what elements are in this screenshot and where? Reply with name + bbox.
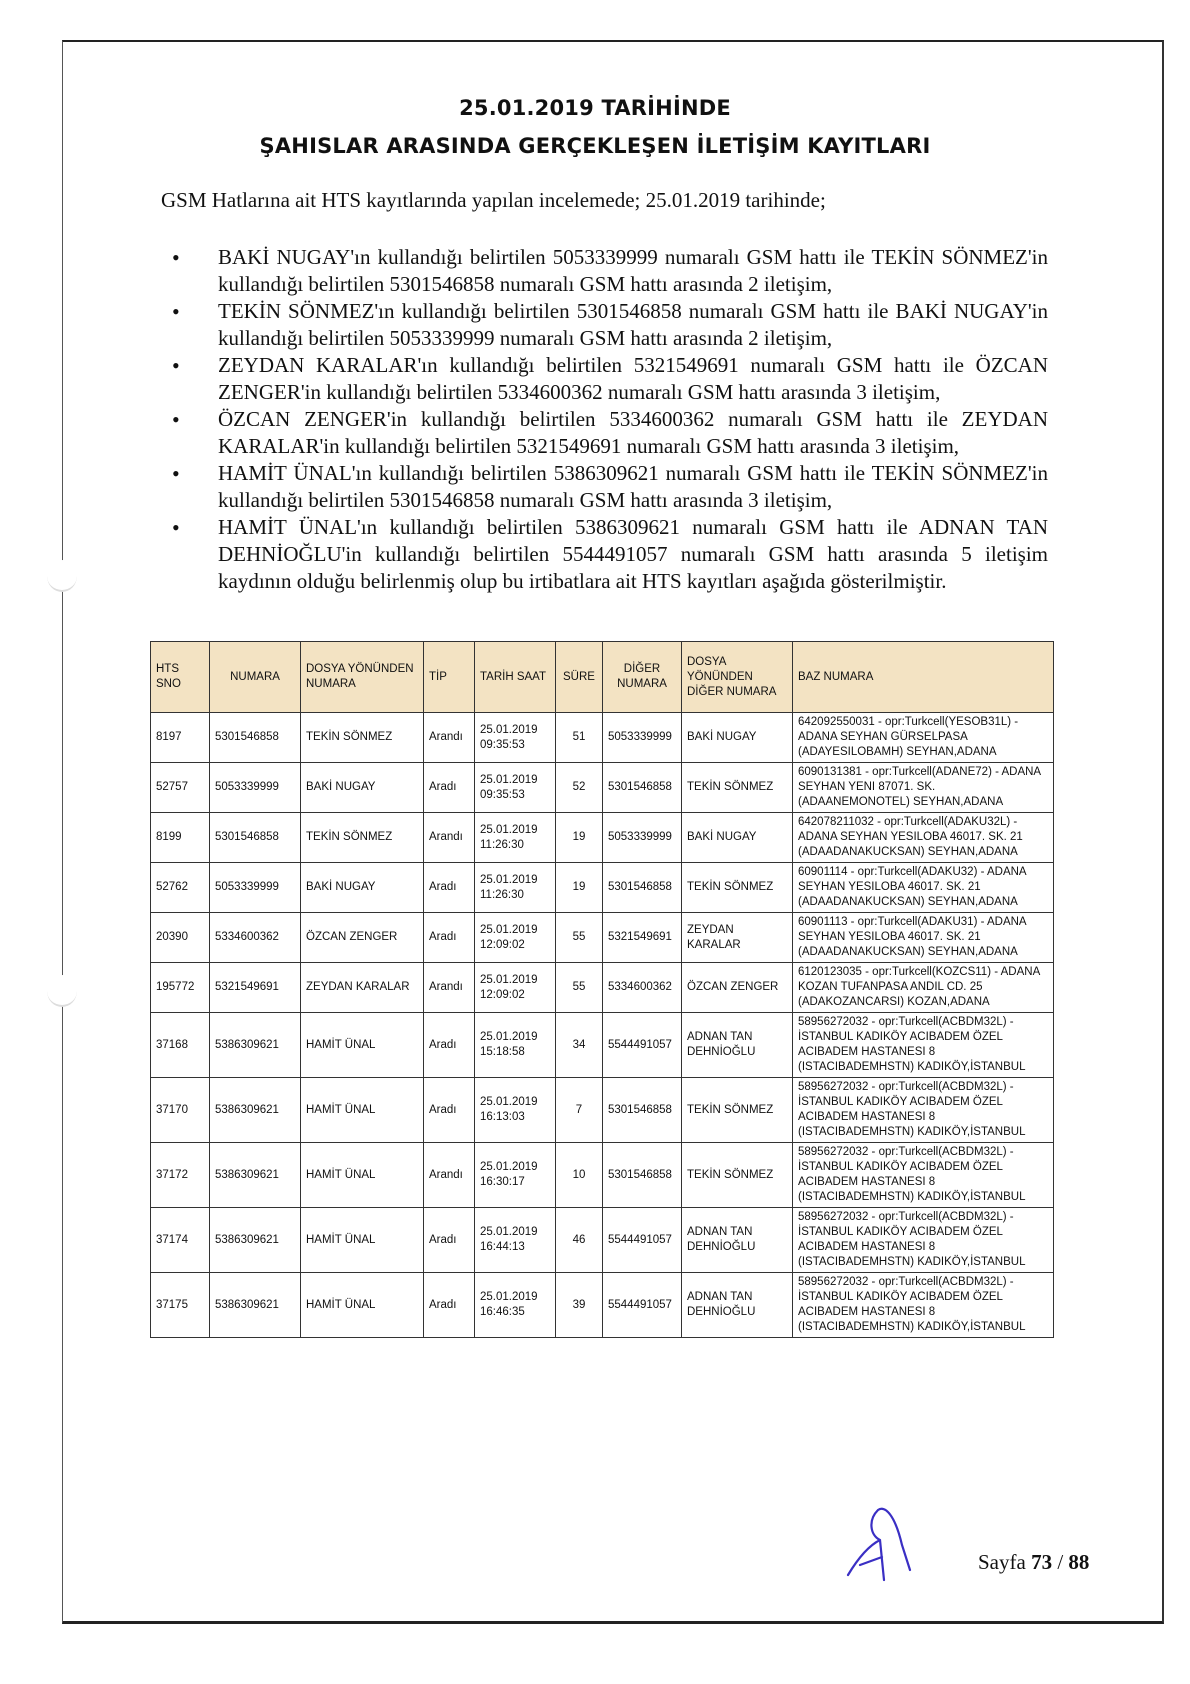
page-subtitle: ŞAHISLAR ARASINDA GERÇEKLEŞEN İLETİŞİM K…	[0, 134, 1190, 158]
cell-baz-numara: 60901113 - opr:Turkcell(ADAKU31) - ADANA…	[793, 913, 1054, 963]
cell-dosya-yonunden-diger-numara: TEKİN SÖNMEZ	[682, 763, 793, 813]
cell-sure: 39	[556, 1273, 603, 1338]
column-header-diger-numara: DİĞER NUMARA	[603, 642, 682, 713]
table-row: 81975301546858TEKİN SÖNMEZArandı25.01.20…	[151, 713, 1054, 763]
cell-diger-numara: 5301546858	[603, 1143, 682, 1208]
cell-numara: 5386309621	[210, 1208, 301, 1273]
cell-dosya-yonunden-numara: BAKİ NUGAY	[301, 763, 424, 813]
cell-hts-sno: 8199	[151, 813, 210, 863]
cell-tarih-saat: 25.01.2019 12:09:02	[475, 913, 556, 963]
cell-dosya-yonunden-diger-numara: ÖZCAN ZENGER	[682, 963, 793, 1013]
summary-item: ÖZCAN ZENGER'in kullandığı belirtilen 53…	[172, 406, 1048, 460]
cell-sure: 55	[556, 963, 603, 1013]
cell-hts-sno: 8197	[151, 713, 210, 763]
cell-tip: Aradı	[424, 863, 475, 913]
cell-dosya-yonunden-numara: HAMİT ÜNAL	[301, 1143, 424, 1208]
cell-hts-sno: 37168	[151, 1013, 210, 1078]
cell-sure: 34	[556, 1013, 603, 1078]
cell-hts-sno: 20390	[151, 913, 210, 963]
cell-numara: 5053339999	[210, 763, 301, 813]
cell-diger-numara: 5301546858	[603, 863, 682, 913]
cell-dosya-yonunden-diger-numara: TEKİN SÖNMEZ	[682, 1143, 793, 1208]
cell-dosya-yonunden-numara: ÖZCAN ZENGER	[301, 913, 424, 963]
cell-baz-numara: 58956272032 - opr:Turkcell(ACBDM32L) - İ…	[793, 1013, 1054, 1078]
table-header-row: HTS SNONUMARADOSYA YÖNÜNDEN NUMARATİPTAR…	[151, 642, 1054, 713]
cell-numara: 5386309621	[210, 1013, 301, 1078]
summary-list: BAKİ NUGAY'ın kullandığı belirtilen 5053…	[172, 244, 1048, 595]
cell-numara: 5301546858	[210, 713, 301, 763]
cell-numara: 5053339999	[210, 863, 301, 913]
cell-hts-sno: 52757	[151, 763, 210, 813]
cell-tarih-saat: 25.01.2019 16:46:35	[475, 1273, 556, 1338]
cell-baz-numara: 58956272032 - opr:Turkcell(ACBDM32L) - İ…	[793, 1143, 1054, 1208]
page-title: 25.01.2019 TARİHİNDE	[0, 96, 1190, 120]
cell-diger-numara: 5544491057	[603, 1013, 682, 1078]
cell-dosya-yonunden-diger-numara: ADNAN TAN DEHNİOĞLU	[682, 1208, 793, 1273]
cell-tarih-saat: 25.01.2019 11:26:30	[475, 863, 556, 913]
cell-sure: 52	[556, 763, 603, 813]
cell-tip: Arandı	[424, 713, 475, 763]
column-header-tarih-saat: TARİH SAAT	[475, 642, 556, 713]
cell-dosya-yonunden-diger-numara: ADNAN TAN DEHNİOĞLU	[682, 1273, 793, 1338]
cell-sure: 55	[556, 913, 603, 963]
cell-tarih-saat: 25.01.2019 12:09:02	[475, 963, 556, 1013]
cell-tip: Arandı	[424, 1143, 475, 1208]
cell-hts-sno: 37172	[151, 1143, 210, 1208]
cell-dosya-yonunden-numara: HAMİT ÜNAL	[301, 1013, 424, 1078]
cell-diger-numara: 5334600362	[603, 963, 682, 1013]
column-header-dosya-yonunden-numara: DOSYA YÖNÜNDEN NUMARA	[301, 642, 424, 713]
cell-dosya-yonunden-numara: BAKİ NUGAY	[301, 863, 424, 913]
cell-dosya-yonunden-diger-numara: ADNAN TAN DEHNİOĞLU	[682, 1013, 793, 1078]
cell-dosya-yonunden-diger-numara: ZEYDAN KARALAR	[682, 913, 793, 963]
table-row: 371745386309621HAMİT ÜNALAradı25.01.2019…	[151, 1208, 1054, 1273]
cell-diger-numara: 5301546858	[603, 763, 682, 813]
cell-tip: Aradı	[424, 1078, 475, 1143]
table-row: 1957725321549691ZEYDAN KARALARArandı25.0…	[151, 963, 1054, 1013]
signature-icon	[840, 1505, 950, 1585]
cell-tip: Arandı	[424, 963, 475, 1013]
cell-baz-numara: 60901114 - opr:Turkcell(ADAKU32) - ADANA…	[793, 863, 1054, 913]
cell-dosya-yonunden-numara: TEKİN SÖNMEZ	[301, 813, 424, 863]
cell-dosya-yonunden-numara: HAMİT ÜNAL	[301, 1273, 424, 1338]
table-row: 527625053339999BAKİ NUGAYAradı25.01.2019…	[151, 863, 1054, 913]
cell-sure: 19	[556, 813, 603, 863]
punch-hole	[47, 975, 77, 1007]
table-row: 203905334600362ÖZCAN ZENGERAradı25.01.20…	[151, 913, 1054, 963]
cell-baz-numara: 6120123035 - opr:Turkcell(KOZCS11) - ADA…	[793, 963, 1054, 1013]
cell-hts-sno: 37175	[151, 1273, 210, 1338]
cell-baz-numara: 642078211032 - opr:Turkcell(ADAKU32L) - …	[793, 813, 1054, 863]
cell-numara: 5334600362	[210, 913, 301, 963]
page-current: 73	[1031, 1550, 1052, 1574]
intro-text: GSM Hatlarına ait HTS kayıtlarında yapıl…	[161, 188, 826, 213]
cell-tip: Arandı	[424, 813, 475, 863]
cell-numara: 5386309621	[210, 1143, 301, 1208]
cell-sure: 10	[556, 1143, 603, 1208]
page-total: 88	[1068, 1550, 1089, 1574]
cell-tip: Aradı	[424, 763, 475, 813]
cell-dosya-yonunden-diger-numara: BAKİ NUGAY	[682, 813, 793, 863]
column-header-hts-sno: HTS SNO	[151, 642, 210, 713]
table-row: 527575053339999BAKİ NUGAYAradı25.01.2019…	[151, 763, 1054, 813]
page-separator: /	[1057, 1550, 1063, 1574]
cell-dosya-yonunden-numara: TEKİN SÖNMEZ	[301, 713, 424, 763]
cell-hts-sno: 52762	[151, 863, 210, 913]
cell-dosya-yonunden-numara: HAMİT ÜNAL	[301, 1078, 424, 1143]
page-label: Sayfa	[978, 1550, 1026, 1574]
cell-dosya-yonunden-numara: ZEYDAN KARALAR	[301, 963, 424, 1013]
cell-diger-numara: 5321549691	[603, 913, 682, 963]
column-header-numara: NUMARA	[210, 642, 301, 713]
table-row: 371705386309621HAMİT ÜNALAradı25.01.2019…	[151, 1078, 1054, 1143]
cell-sure: 51	[556, 713, 603, 763]
cell-sure: 19	[556, 863, 603, 913]
cell-tip: Aradı	[424, 1208, 475, 1273]
cell-hts-sno: 37174	[151, 1208, 210, 1273]
column-header-tip: TİP	[424, 642, 475, 713]
cell-tarih-saat: 25.01.2019 09:35:53	[475, 763, 556, 813]
cell-tarih-saat: 25.01.2019 16:13:03	[475, 1078, 556, 1143]
cell-dosya-yonunden-diger-numara: BAKİ NUGAY	[682, 713, 793, 763]
summary-item: ZEYDAN KARALAR'ın kullandığı belirtilen …	[172, 352, 1048, 406]
cell-baz-numara: 642092550031 - opr:Turkcell(YESOB31L) - …	[793, 713, 1054, 763]
column-header-dosya-yonunden-diger-numara: DOSYA YÖNÜNDEN DİĞER NUMARA	[682, 642, 793, 713]
cell-diger-numara: 5301546858	[603, 1078, 682, 1143]
cell-hts-sno: 195772	[151, 963, 210, 1013]
summary-item: HAMİT ÜNAL'ın kullandığı belirtilen 5386…	[172, 514, 1048, 595]
summary-item: HAMİT ÜNAL'ın kullandığı belirtilen 5386…	[172, 460, 1048, 514]
cell-baz-numara: 58956272032 - opr:Turkcell(ACBDM32L) - İ…	[793, 1208, 1054, 1273]
cell-sure: 7	[556, 1078, 603, 1143]
cell-tarih-saat: 25.01.2019 09:35:53	[475, 713, 556, 763]
cell-hts-sno: 37170	[151, 1078, 210, 1143]
cell-numara: 5321549691	[210, 963, 301, 1013]
hts-records-table: HTS SNONUMARADOSYA YÖNÜNDEN NUMARATİPTAR…	[150, 641, 1054, 1338]
cell-numara: 5386309621	[210, 1273, 301, 1338]
cell-diger-numara: 5053339999	[603, 713, 682, 763]
cell-diger-numara: 5544491057	[603, 1208, 682, 1273]
table-row: 81995301546858TEKİN SÖNMEZArandı25.01.20…	[151, 813, 1054, 863]
cell-dosya-yonunden-numara: HAMİT ÜNAL	[301, 1208, 424, 1273]
cell-tarih-saat: 25.01.2019 11:26:30	[475, 813, 556, 863]
cell-tarih-saat: 25.01.2019 15:18:58	[475, 1013, 556, 1078]
column-header-sure: SÜRE	[556, 642, 603, 713]
cell-dosya-yonunden-diger-numara: TEKİN SÖNMEZ	[682, 863, 793, 913]
cell-tip: Aradı	[424, 913, 475, 963]
table-row: 371725386309621HAMİT ÜNALArandı25.01.201…	[151, 1143, 1054, 1208]
cell-diger-numara: 5544491057	[603, 1273, 682, 1338]
cell-sure: 46	[556, 1208, 603, 1273]
punch-hole	[47, 560, 77, 592]
cell-numara: 5386309621	[210, 1078, 301, 1143]
table-row: 371755386309621HAMİT ÜNALAradı25.01.2019…	[151, 1273, 1054, 1338]
cell-baz-numara: 58956272032 - opr:Turkcell(ACBDM32L) - İ…	[793, 1078, 1054, 1143]
table-row: 371685386309621HAMİT ÜNALAradı25.01.2019…	[151, 1013, 1054, 1078]
cell-baz-numara: 6090131381 - opr:Turkcell(ADANE72) - ADA…	[793, 763, 1054, 813]
cell-tip: Aradı	[424, 1273, 475, 1338]
cell-dosya-yonunden-diger-numara: TEKİN SÖNMEZ	[682, 1078, 793, 1143]
cell-diger-numara: 5053339999	[603, 813, 682, 863]
cell-numara: 5301546858	[210, 813, 301, 863]
summary-item: TEKİN SÖNMEZ'ın kullandığı belirtilen 53…	[172, 298, 1048, 352]
summary-item: BAKİ NUGAY'ın kullandığı belirtilen 5053…	[172, 244, 1048, 298]
cell-tip: Aradı	[424, 1013, 475, 1078]
page-number: Sayfa 73 / 88	[978, 1550, 1089, 1575]
cell-tarih-saat: 25.01.2019 16:44:13	[475, 1208, 556, 1273]
cell-tarih-saat: 25.01.2019 16:30:17	[475, 1143, 556, 1208]
column-header-baz-numara: BAZ NUMARA	[793, 642, 1054, 713]
cell-baz-numara: 58956272032 - opr:Turkcell(ACBDM32L) - İ…	[793, 1273, 1054, 1338]
